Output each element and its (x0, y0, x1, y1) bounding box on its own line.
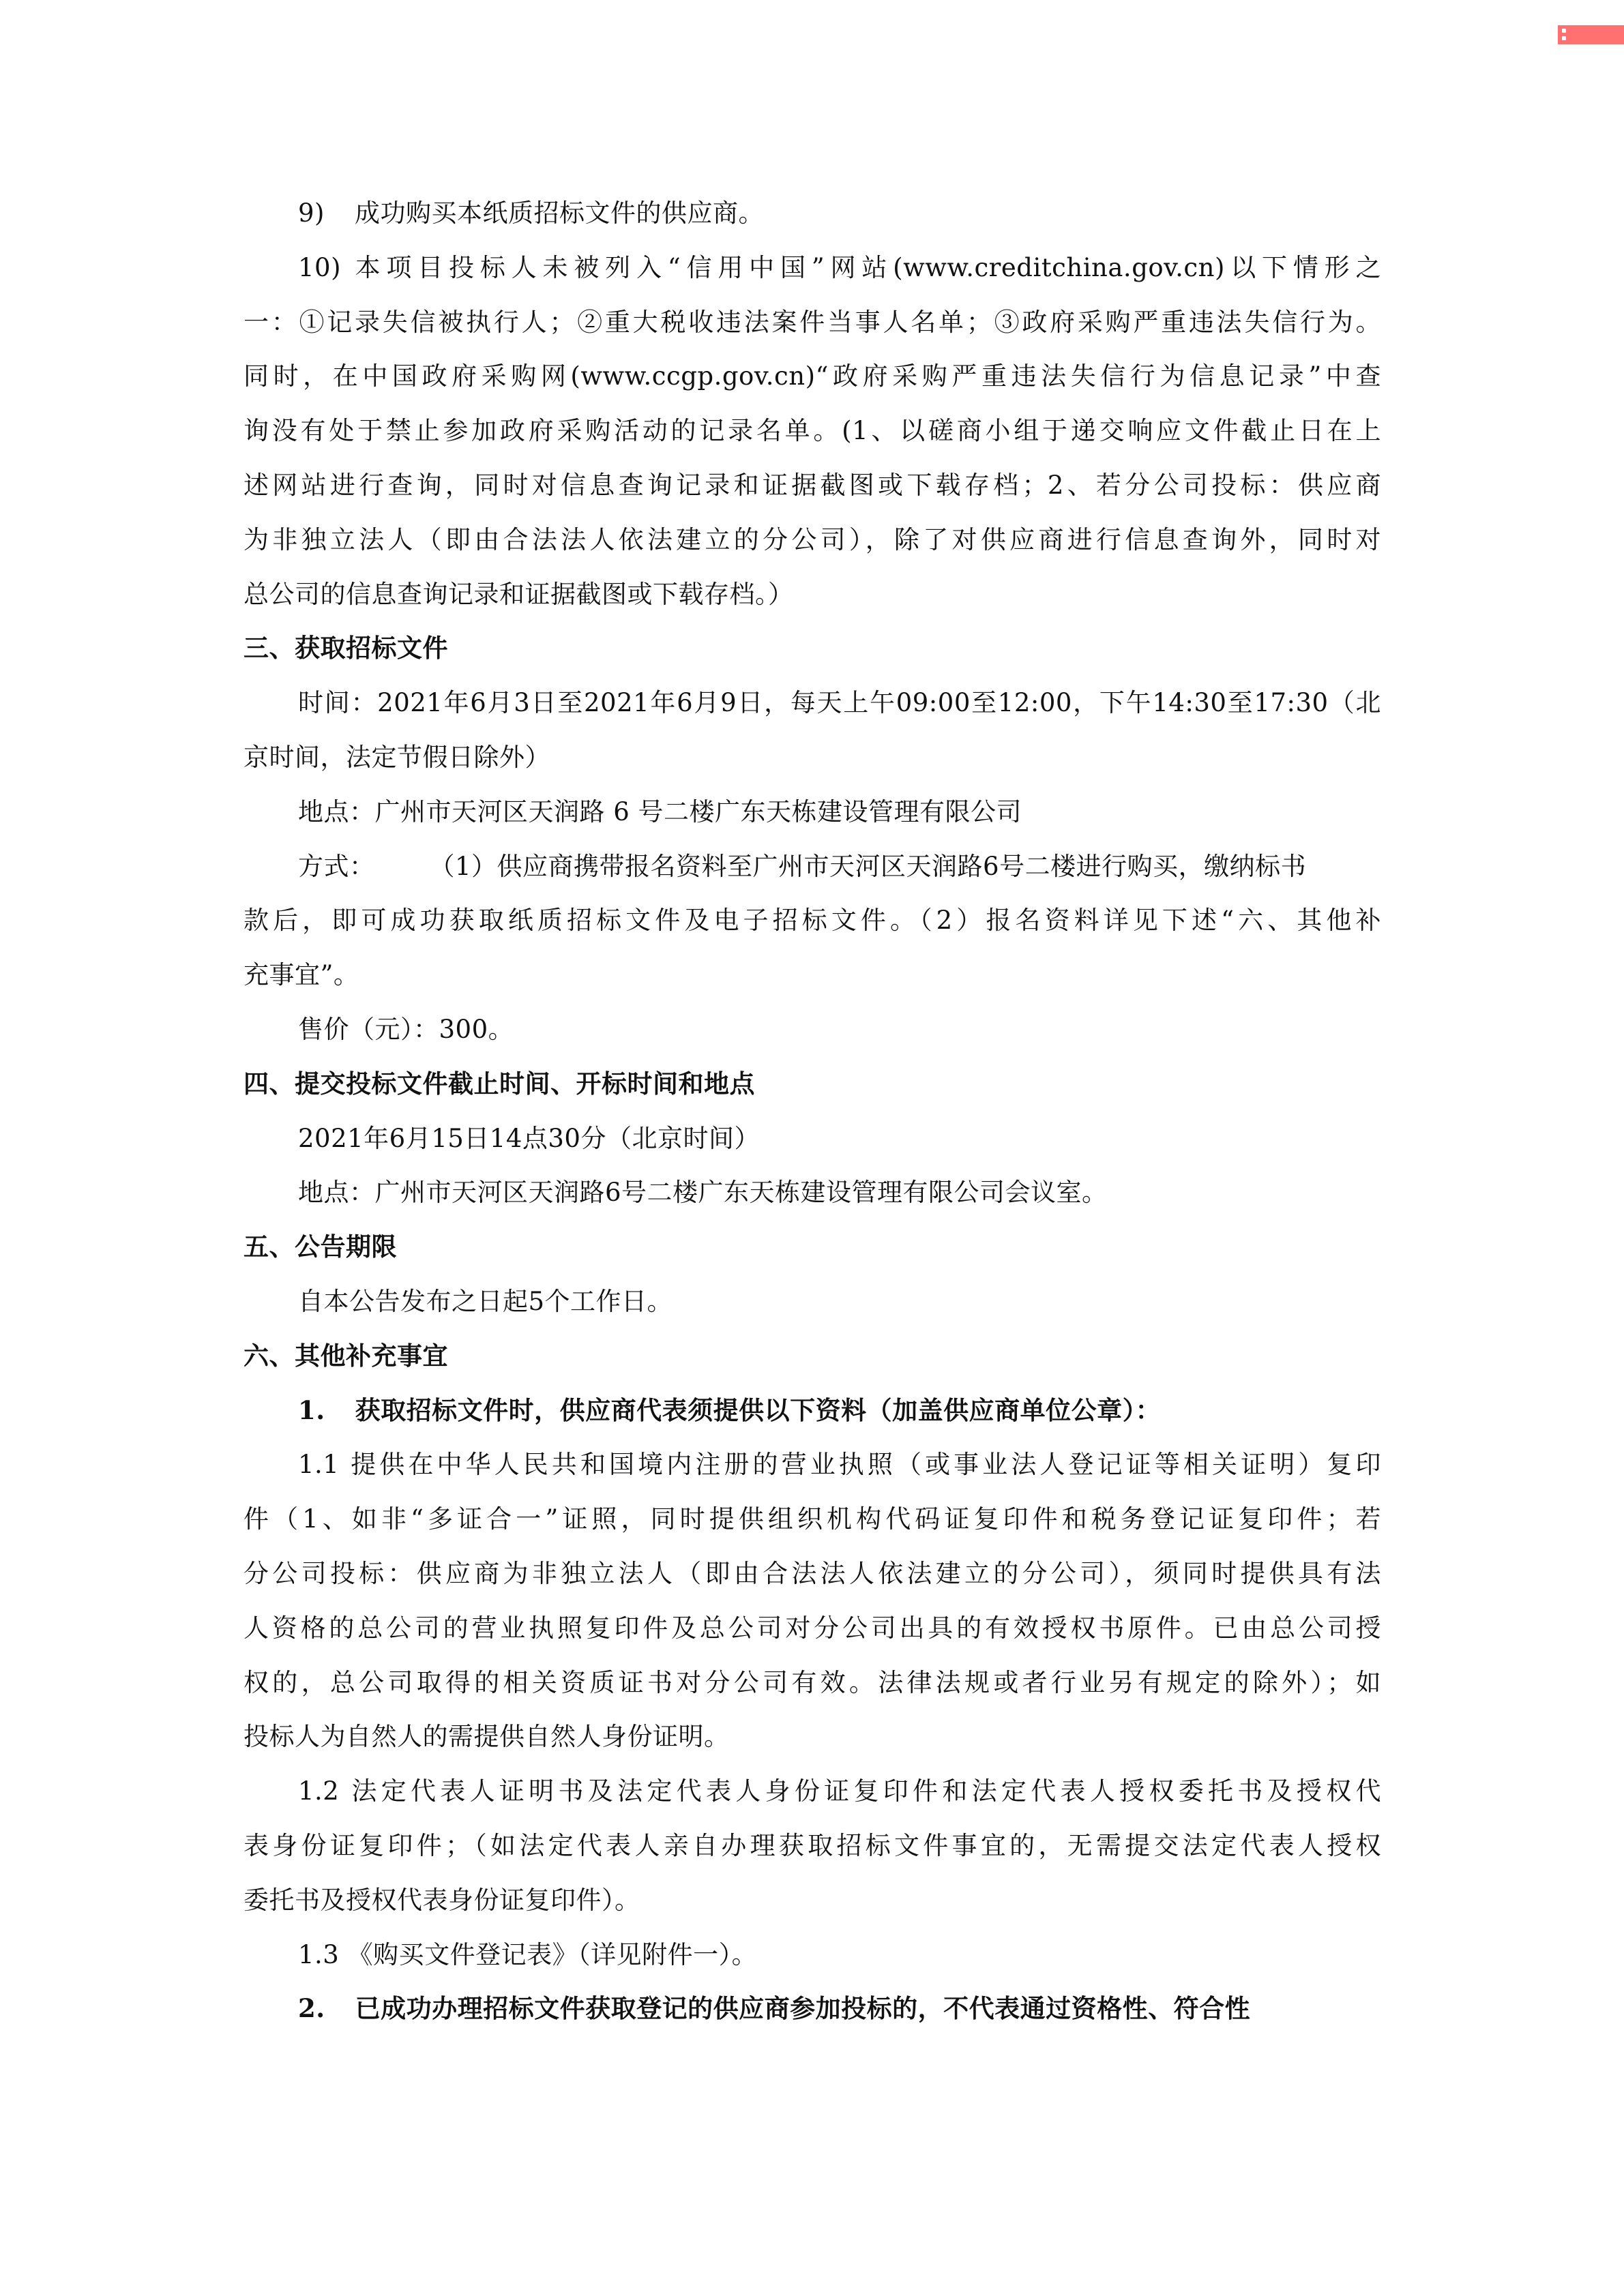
paragraph-line: 方式：（1）供应商携带报名资料至广州市天河区天润路6号二楼进行购买，缴纳标书 (243, 839, 1381, 894)
paragraph-line: 述网站进行查询，同时对信息查询记录和证据截图或下载存档；2、若分公司投标：供应商 (243, 458, 1381, 513)
paragraph-line: 件（1、如非“多证合一”证照，同时提供组织机构代码证复印件和税务登记证复印件；若 (243, 1492, 1381, 1547)
paragraph-line: 地点：广州市天河区天润路 6 号二楼广东天栋建设管理有限公司 (243, 785, 1381, 839)
paragraph-line: 权的，总公司取得的相关资质证书对分公司有效。法律法规或者行业另有规定的除外）；如 (243, 1656, 1381, 1710)
badge-dot-icon (1562, 29, 1566, 33)
paragraph-line: 总公司的信息查询记录和证据截图或下载存档。） (243, 567, 1381, 622)
item-text: 已成功办理招标文件获取登记的供应商参加投标的，不代表通过资格性、符合性 (355, 1993, 1251, 2023)
paragraph-line: 1.2 法定代表人证明书及法定代表人身份证复印件和法定代表人授权委托书及授权代 (243, 1764, 1381, 1819)
item-number: 1. (298, 1395, 325, 1425)
paragraph-line: 充事宜”。 (243, 948, 1381, 1002)
item-text: 获取招标文件时，供应商代表须提供以下资料（加盖供应商单位公章）： (355, 1395, 1162, 1425)
paragraph-line: 1.1 提供在中华人民共和国境内注册的营业执照（或事业法人登记证等相关证明）复印 (243, 1437, 1381, 1492)
badge-dot-icon (1562, 36, 1566, 40)
paragraph-line: 表身份证复印件；（如法定代表人亲自办理获取招标文件事宜的，无需提交法定代表人授权 (243, 1819, 1381, 1873)
item-number: 9) (298, 198, 325, 228)
document-body: 9)成功购买本纸质招标文件的供应商。 10) 本项目投标人未被列入“信用中国”网… (243, 186, 1381, 2036)
page-marker-badge (1558, 25, 1624, 44)
paragraph-line: 分公司投标：供应商为非独立法人（即由合法法人依法建立的分公司），须同时提供具有法 (243, 1547, 1381, 1601)
paragraph-line: 款后，即可成功获取纸质招标文件及电子招标文件。（2）报名资料详见下述“六、其他补 (243, 893, 1381, 948)
method-text: （1）供应商携带报名资料至广州市天河区天润路6号二楼进行购买，缴纳标书 (430, 852, 1307, 881)
method-label: 方式： (298, 852, 375, 881)
paragraph-line: 人资格的总公司的营业执照复印件及总公司对分公司出具的有效授权书原件。已由总公司授 (243, 1601, 1381, 1656)
section-heading-5: 五、公告期限 (243, 1220, 1381, 1274)
list-item-2: 2.已成功办理招标文件获取登记的供应商参加投标的，不代表通过资格性、符合性 (243, 1982, 1381, 2036)
price-line: 售价（元）：300。 (243, 1002, 1381, 1057)
list-item-9: 9)成功购买本纸质招标文件的供应商。 (243, 186, 1381, 241)
paragraph-line: 地点：广州市天河区天润路6号二楼广东天栋建设管理有限公司会议室。 (243, 1165, 1381, 1220)
deadline-line: 2021年6月15日14点30分（北京时间） (243, 1112, 1381, 1166)
paragraph-line: 为非独立法人（即由合法法人依法建立的分公司），除了对供应商进行信息查询外，同时对 (243, 513, 1381, 567)
item-text: 成功购买本纸质招标文件的供应商。 (355, 198, 764, 228)
paragraph-line: 10) 本项目投标人未被列入“信用中国”网站(www.creditchina.g… (243, 241, 1381, 295)
paragraph-line: 自本公告发布之日起5个工作日。 (243, 1274, 1381, 1329)
paragraph-line: 投标人为自然人的需提供自然人身份证明。 (243, 1710, 1381, 1764)
paragraph-line: 询没有处于禁止参加政府采购活动的记录名单。(1、以磋商小组于递交响应文件截止日在… (243, 404, 1381, 458)
paragraph-line: 一：①记录失信被执行人；②重大税收违法案件当事人名单；③政府采购严重违法失信行为… (243, 295, 1381, 350)
section-heading-3: 三、获取招标文件 (243, 621, 1381, 676)
paragraph-line: 时间：2021年6月3日至2021年6月9日，每天上午09:00至12:00，下… (243, 676, 1381, 730)
section-heading-6: 六、其他补充事宜 (243, 1329, 1381, 1384)
item-number: 2. (298, 1993, 325, 2023)
paragraph-line: 委托书及授权代表身份证复印件）。 (243, 1873, 1381, 1928)
paragraph-line: 同时，在中国政府采购网(www.ccgp.gov.cn)“政府采购严重违法失信行… (243, 349, 1381, 404)
paragraph-line: 京时间，法定节假日除外） (243, 730, 1381, 785)
section-heading-4: 四、提交投标文件截止时间、开标时间和地点 (243, 1057, 1381, 1112)
paragraph-line: 1.3 《购买文件登记表》（详见附件一）。 (243, 1928, 1381, 1982)
list-item-1: 1.获取招标文件时，供应商代表须提供以下资料（加盖供应商单位公章）： (243, 1384, 1381, 1438)
